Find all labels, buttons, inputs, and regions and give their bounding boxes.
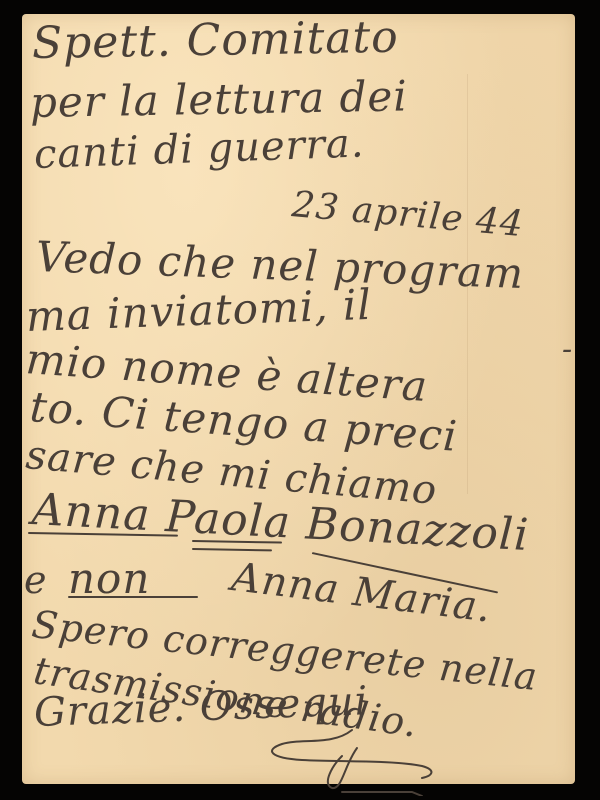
body-line-7-suffix: Anna Maria. — [229, 554, 494, 631]
letter-date: 23 aprile 44 — [290, 184, 525, 245]
name-underline-middle-2 — [192, 548, 272, 551]
salutation-line-1: Spett. Comitato — [32, 12, 400, 69]
body-line-7-prefix: e — [24, 558, 48, 602]
body-line-2: ma inviatomi, il — [25, 280, 372, 341]
body-line-2-hyphen: - — [562, 332, 573, 367]
salutation-line-3: canti di guerra. — [33, 120, 365, 178]
non-underline — [68, 596, 198, 598]
signature-flourish-icon — [262, 726, 462, 796]
postcard: Spett. Comitato per la lettura dei canti… — [22, 14, 575, 784]
salutation-line-2: per la lettura dei — [30, 71, 409, 127]
